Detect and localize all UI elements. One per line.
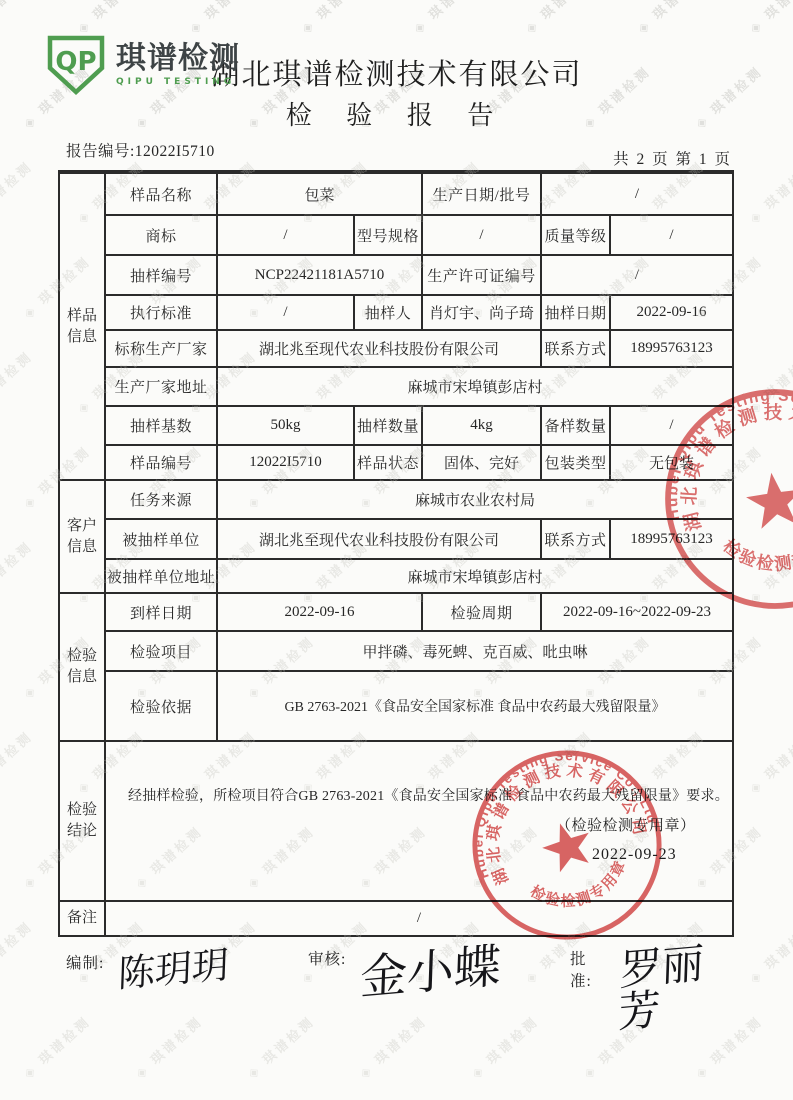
table-row: 样品名称包菜生产日期/批号/ <box>106 174 732 214</box>
field-value: 2022-09-16~2022-09-23 <box>540 594 732 630</box>
signature-block: 编制: 陈玥玥 审核: 金小蝶 批准: 罗丽芳 <box>58 937 734 1037</box>
field-label: 检验项目 <box>106 632 216 670</box>
field-value: / <box>421 216 540 254</box>
table-row: 样品编号12022I5710样品状态固体、完好包装类型无包装 <box>106 444 732 479</box>
field-value: 无包装 <box>609 446 732 479</box>
field-label: 样品编号 <box>106 446 216 479</box>
section-label: 检验 信息 <box>60 594 106 740</box>
page-title: 检 验 报 告 <box>0 98 793 134</box>
remark-row: / <box>106 902 732 935</box>
watermark-logo: ◈ 琪谱检测 <box>744 156 793 227</box>
section-label-conclusion: 检验 结论 <box>60 742 106 900</box>
table-section: 检验 信息到样日期2022-09-16检验周期2022-09-16~2022-0… <box>60 592 732 740</box>
field-label: 标称生产厂家 <box>106 331 216 366</box>
field-label: 包装类型 <box>540 446 609 479</box>
table-row: 商标/型号规格/质量等级/ <box>106 214 732 254</box>
prepared-label: 编制: <box>66 951 104 973</box>
table-sections: 样品 信息样品名称包菜生产日期/批号/商标/型号规格/质量等级/抽样编号NCP2… <box>60 174 732 740</box>
field-value: 湖北兆至现代农业科技股份有限公司 <box>216 520 540 558</box>
table-row: 抽样编号NCP22421181A5710生产许可证编号/ <box>106 254 732 294</box>
prepared-signature: 编制: 陈玥玥 <box>66 941 229 988</box>
table-row: 检验项目甲拌磷、毒死蜱、克百威、吡虫啉 <box>106 630 732 670</box>
field-value: 麻城市宋埠镇彭店村 <box>216 560 732 592</box>
conclusion-text: 经抽样检验，所检项目符合GB 2763-2021《食品安全国家标准 食品中农药最… <box>128 786 720 808</box>
field-value: 18995763123 <box>609 520 732 558</box>
table-row: 被抽样单位湖北兆至现代农业科技股份有限公司联系方式18995763123 <box>106 518 732 558</box>
field-value: / <box>540 174 732 214</box>
table-row: 被抽样单位地址麻城市宋埠镇彭店村 <box>106 558 732 592</box>
field-value: 固体、完好 <box>421 446 540 479</box>
field-label: 型号规格 <box>353 216 421 254</box>
prepared-name-handwriting: 陈玥玥 <box>118 946 230 993</box>
field-label: 联系方式 <box>540 331 609 366</box>
field-value: / <box>216 296 353 329</box>
reviewed-signature: 审核: 金小蝶 <box>308 937 501 996</box>
approved-signature: 批准: 罗丽芳 <box>570 937 734 1029</box>
field-label: 生产许可证编号 <box>421 256 540 294</box>
table-section: 客户 信息任务来源麻城市农业农村局被抽样单位湖北兆至现代农业科技股份有限公司联系… <box>60 479 732 592</box>
seal-caption: （检验检测专用章） <box>556 814 696 835</box>
reviewed-name-handwriting: 金小蝶 <box>360 943 502 1003</box>
report-meta-row: 报告编号:12022I5710 共 2 页 第 1 页 <box>58 134 734 170</box>
field-label: 执行标准 <box>106 296 216 329</box>
remark-value: / <box>106 902 732 935</box>
section-label: 样品 信息 <box>60 174 106 479</box>
watermark-logo: ◈ 琪谱检测 <box>744 346 793 417</box>
field-label: 被抽样单位 <box>106 520 216 558</box>
field-label: 到样日期 <box>106 594 216 630</box>
logo-en-text: QIPU TESTING <box>116 77 235 87</box>
field-value: / <box>540 256 732 294</box>
watermark-logo: ◈ 琪谱检测 <box>744 916 793 987</box>
field-label: 抽样基数 <box>106 407 216 444</box>
approved-name-handwriting: 罗丽芳 <box>618 940 736 1035</box>
field-value: 包菜 <box>216 174 421 214</box>
table-row: 任务来源麻城市农业农村局 <box>106 481 732 518</box>
field-label: 抽样日期 <box>540 296 609 329</box>
watermark-logo: ◈ 琪谱检测 <box>744 726 793 797</box>
section-label: 客户 信息 <box>60 481 106 592</box>
field-value: 12022I5710 <box>216 446 353 479</box>
qipu-shield-icon: QP <box>44 34 108 96</box>
table-row: 生产厂家地址麻城市宋埠镇彭店村 <box>106 366 732 405</box>
svg-text:QP: QP <box>55 47 96 77</box>
table-row: 标称生产厂家湖北兆至现代农业科技股份有限公司联系方式18995763123 <box>106 329 732 366</box>
field-value: 4kg <box>421 407 540 444</box>
approved-label: 批准: <box>570 947 605 991</box>
field-value: NCP22421181A5710 <box>216 256 421 294</box>
field-label: 样品状态 <box>353 446 421 479</box>
section-label-remark: 备注 <box>60 902 106 935</box>
watermark-logo: ◈ 琪谱检测 <box>0 346 36 417</box>
field-label: 抽样人 <box>353 296 421 329</box>
field-value: 50kg <box>216 407 353 444</box>
watermark-logo: ◈ 琪谱检测 <box>0 156 36 227</box>
table-section: 样品 信息样品名称包菜生产日期/批号/商标/型号规格/质量等级/抽样编号NCP2… <box>60 174 732 479</box>
logo-cn-text: 琪谱检测 <box>116 44 240 74</box>
conclusion-date: 2022-09-23 <box>592 846 677 864</box>
company-logo: QP 琪谱检测 QIPU TESTING <box>44 34 240 96</box>
field-value: / <box>609 216 732 254</box>
field-value: 湖北兆至现代农业科技股份有限公司 <box>216 331 540 366</box>
field-value: GB 2763-2021《食品安全国家标准 食品中农药最大残留限量》 <box>216 672 732 740</box>
field-label: 生产日期/批号 <box>421 174 540 214</box>
report-header: QP 琪谱检测 QIPU TESTING 湖北琪谱检测技术有限公司 检 验 报 … <box>0 0 793 134</box>
field-label: 备样数量 <box>540 407 609 444</box>
report-number: 报告编号:12022I5710 <box>58 139 215 170</box>
report-page: ◈ 琪谱检测◈ 琪谱检测◈ 琪谱检测◈ 琪谱检测◈ 琪谱检测◈ 琪谱检测◈ 琪谱… <box>0 0 793 1100</box>
table-row: 到样日期2022-09-16检验周期2022-09-16~2022-09-23 <box>106 594 732 630</box>
watermark-logo: ◈ 琪谱检测 <box>0 536 36 607</box>
reviewed-label: 审核: <box>308 947 346 969</box>
field-label: 抽样数量 <box>353 407 421 444</box>
field-label: 生产厂家地址 <box>106 368 216 405</box>
field-value: 甲拌磷、毒死蜱、克百威、吡虫啉 <box>216 632 732 670</box>
watermark-logo: ◈ 琪谱检测 <box>0 916 36 987</box>
field-label: 被抽样单位地址 <box>106 560 216 592</box>
table-row: 检验依据GB 2763-2021《食品安全国家标准 食品中农药最大残留限量》 <box>106 670 732 740</box>
watermark-logo: ◈ 琪谱检测 <box>744 536 793 607</box>
field-value: 麻城市宋埠镇彭店村 <box>216 368 732 405</box>
field-label: 检验依据 <box>106 672 216 740</box>
page-count: 共 2 页 第 1 页 <box>613 147 734 170</box>
field-value: 2022-09-16 <box>609 296 732 329</box>
field-label: 质量等级 <box>540 216 609 254</box>
field-label: 样品名称 <box>106 174 216 214</box>
field-label: 抽样编号 <box>106 256 216 294</box>
field-value: / <box>609 407 732 444</box>
field-value: 肖灯宇、尚子琦 <box>421 296 540 329</box>
field-label: 商标 <box>106 216 216 254</box>
field-label: 任务来源 <box>106 481 216 518</box>
section-remark: 备注 / <box>60 900 732 935</box>
field-value: 2022-09-16 <box>216 594 421 630</box>
table-row: 抽样基数50kg抽样数量4kg备样数量/ <box>106 405 732 444</box>
field-value: 18995763123 <box>609 331 732 366</box>
field-label: 检验周期 <box>421 594 540 630</box>
field-value: 麻城市农业农村局 <box>216 481 732 518</box>
table-row: 执行标准/抽样人肖灯宇、尚子琦抽样日期2022-09-16 <box>106 294 732 329</box>
watermark-logo: ◈ 琪谱检测 <box>0 726 36 797</box>
field-value: / <box>216 216 353 254</box>
field-label: 联系方式 <box>540 520 609 558</box>
